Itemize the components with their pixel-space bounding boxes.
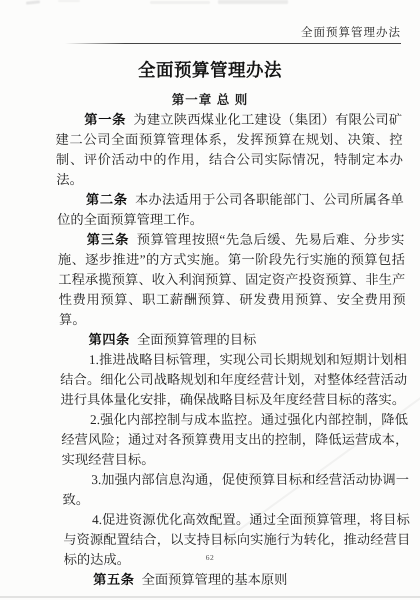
article-label: 第四条 bbox=[88, 332, 130, 347]
paragraph: 第一条为建立陕西煤业化工建设（集团）有限公司矿建二公司全面预算管理体系，发挥预算… bbox=[55, 110, 404, 190]
paragraph-text: 全面预算管理的目标 bbox=[137, 332, 257, 347]
paragraph-text: 全面预算管理的基本原则 bbox=[142, 572, 288, 587]
running-header: 全面预算管理办法 bbox=[65, 26, 401, 44]
scan-artifact bbox=[58, 0, 80, 2]
scanned-document-page: 全面预算管理办法 全面预算管理办法 第一章 总 则 第一条为建立陕西煤业化工建设… bbox=[0, 0, 420, 600]
paragraph: 1.推进战略目标管理，实现公司长期规划和短期计划相结合。细化公司战略规划和年度经… bbox=[60, 350, 408, 410]
chapter-heading: 第一章 总 则 bbox=[0, 90, 420, 108]
paragraph-text: 1.推进战略目标管理，实现公司长期规划和短期计划相结合。细化公司战略规划和年度经… bbox=[60, 352, 407, 407]
paragraph: 3.加强内部信息沟通，促使预算目标和经营活动协调一致。 bbox=[62, 470, 410, 510]
paragraph-text: 2.强化内部控制与成本监控。通过强化内部控制，降低经营风险；通过对各预算费用支出… bbox=[61, 412, 408, 467]
paragraph: 第五条全面预算管理的基本原则 bbox=[64, 570, 411, 590]
paragraph: 第三条预算管理按照“先急后缓、先易后难、分步实施、逐步推进”的方式实施。第一阶段… bbox=[57, 230, 406, 330]
paragraph: 第四条全面预算管理的目标 bbox=[59, 330, 406, 350]
running-header-text: 全面预算管理办法 bbox=[301, 27, 401, 39]
article-label: 第三条 bbox=[86, 232, 129, 247]
article-label: 第二条 bbox=[86, 192, 128, 207]
paragraph-text: 3.加强内部信息沟通，促使预算目标和经营活动协调一致。 bbox=[62, 472, 409, 507]
document-title: 全面预算管理办法 bbox=[0, 57, 420, 82]
body-text: 第一条为建立陕西煤业化工建设（集团）有限公司矿建二公司全面预算管理体系，发挥预算… bbox=[55, 110, 411, 590]
page-number: 62 bbox=[0, 553, 420, 562]
scan-artifact bbox=[26, 0, 40, 4]
paragraph: 第二条本办法适用于公司各职能部门、公司所属各单位的全面预算管理工作。 bbox=[57, 190, 405, 230]
article-label: 第一条 bbox=[84, 112, 126, 127]
scan-artifact bbox=[218, 0, 288, 4]
header-rule bbox=[65, 43, 125, 45]
article-label: 第五条 bbox=[93, 572, 135, 587]
scan-bottom-edge bbox=[0, 596, 420, 598]
paragraph: 2.强化内部控制与成本监控。通过强化内部控制，降低经营风险；通过对各预算费用支出… bbox=[61, 410, 409, 470]
scan-artifact bbox=[150, 1, 210, 4]
